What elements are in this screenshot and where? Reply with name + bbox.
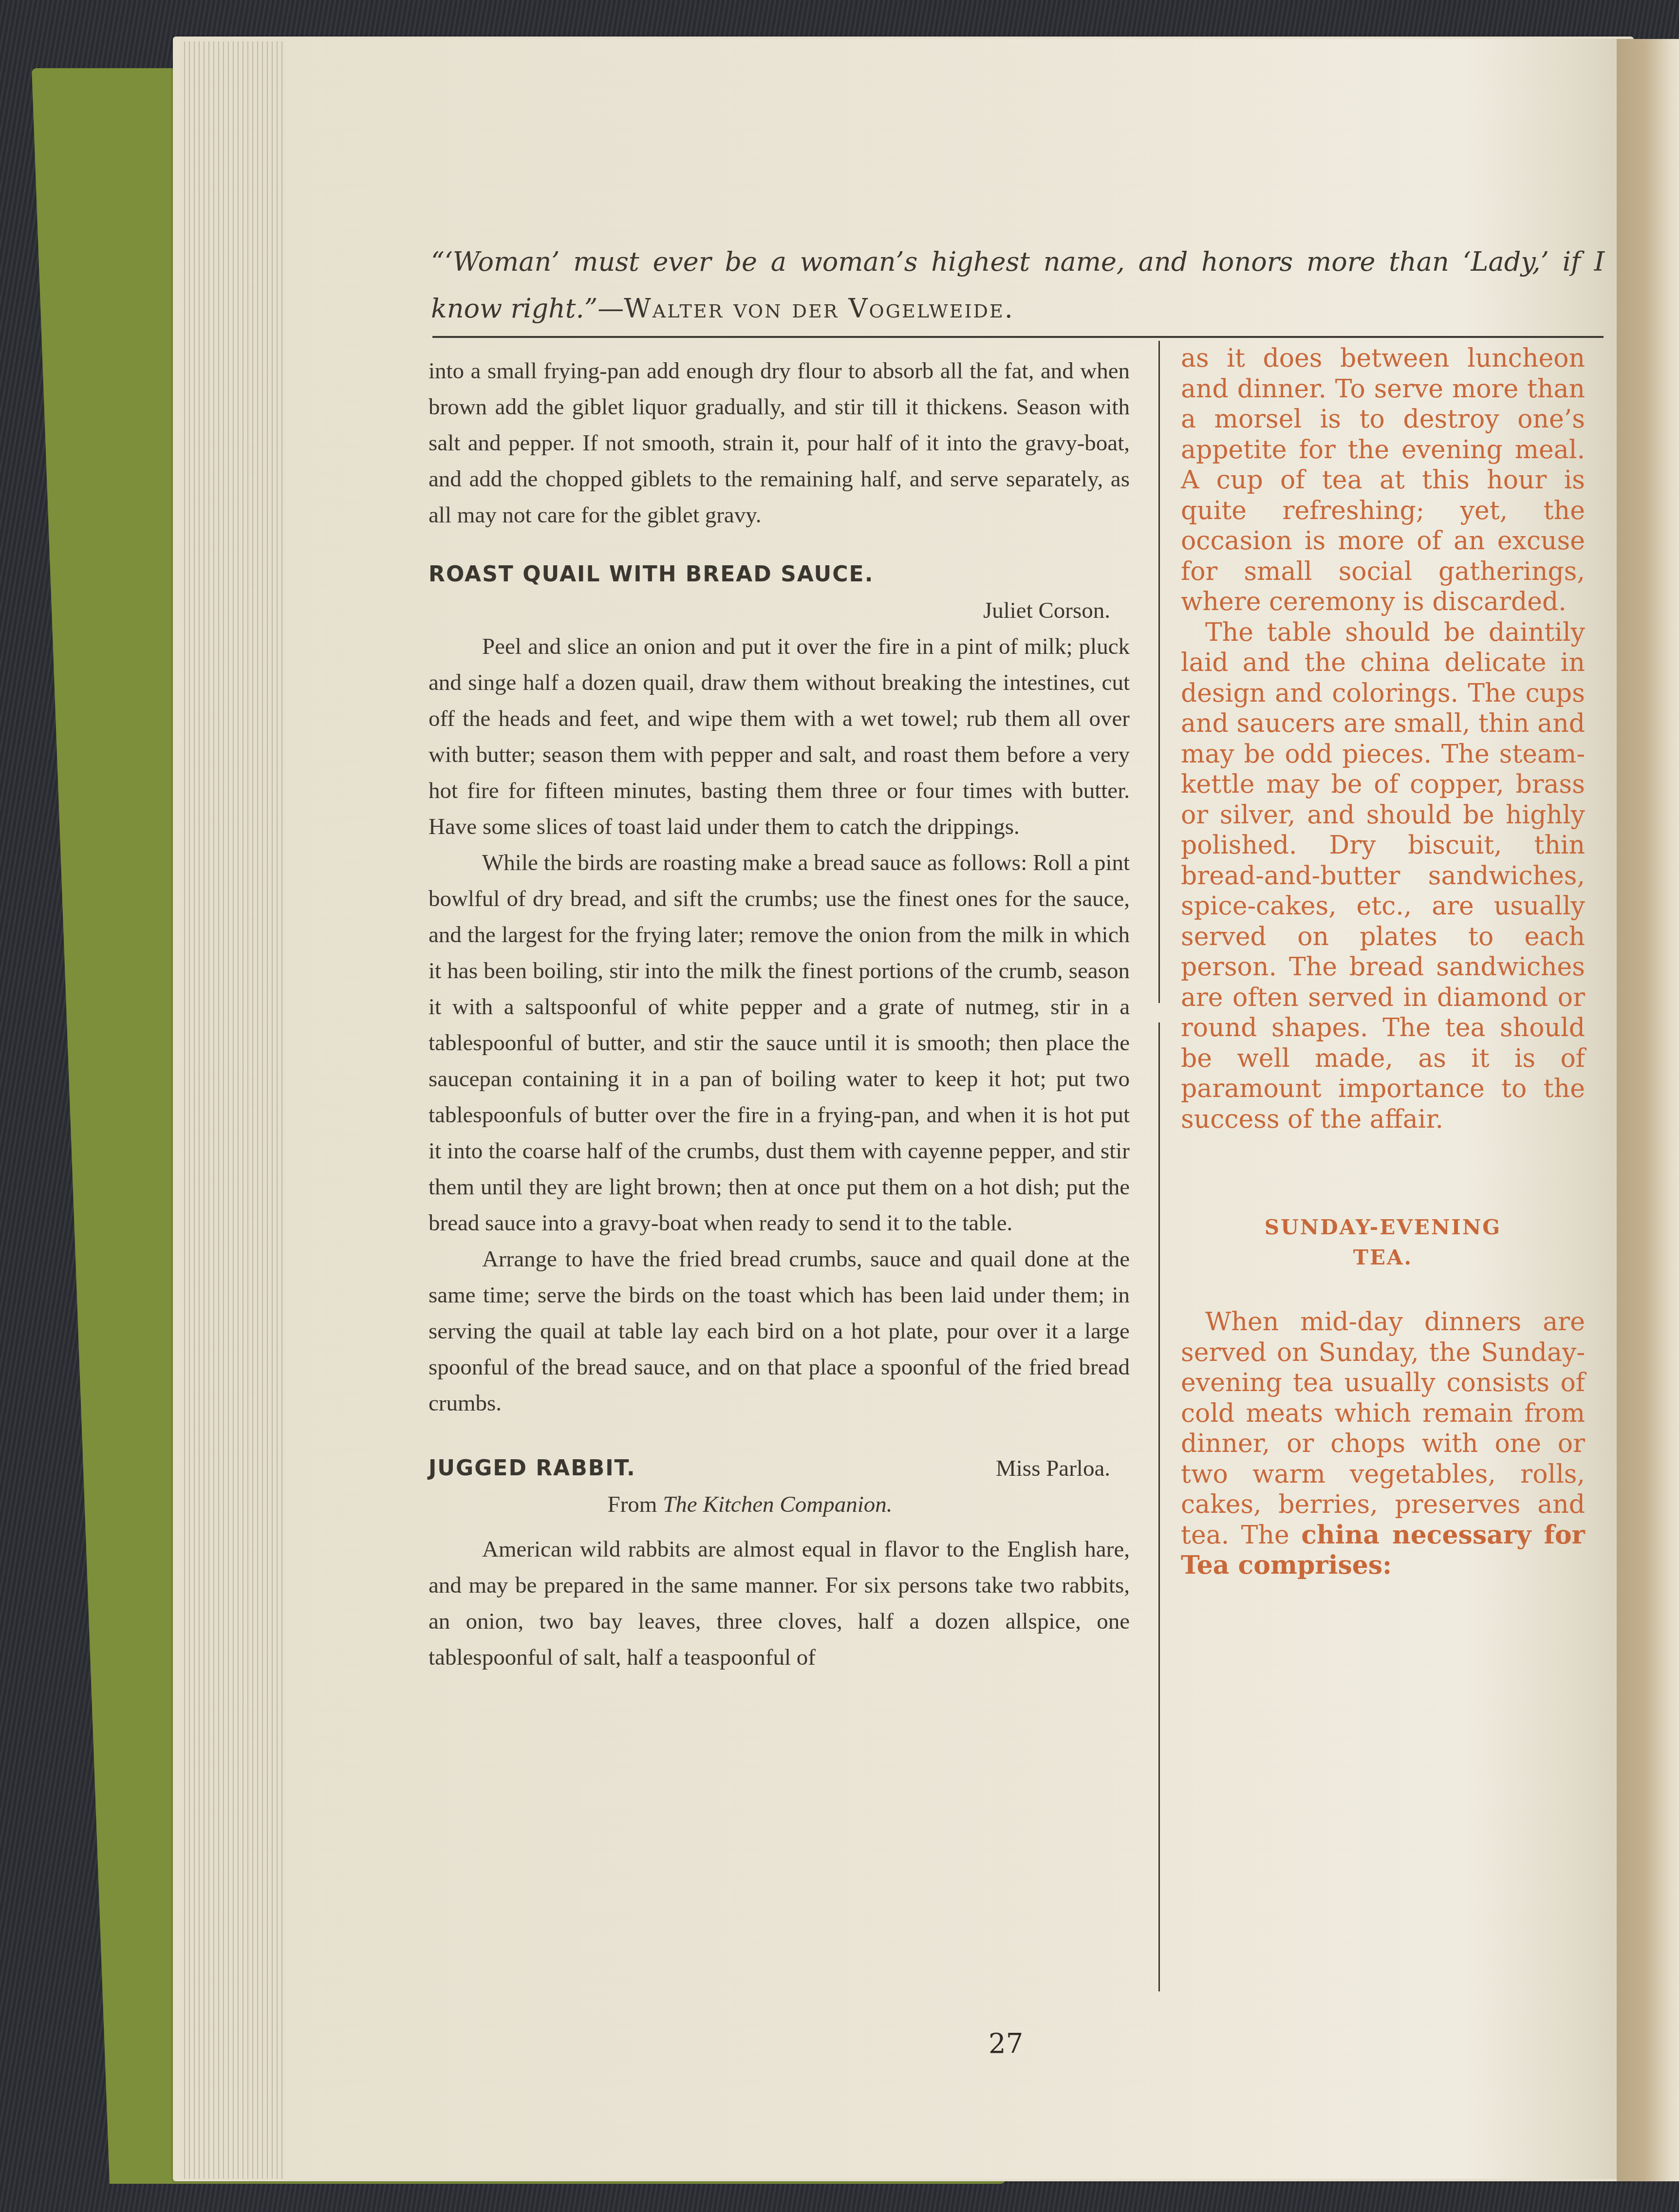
epigraph: “‘Woman’ must ever be a woman’s highest … (431, 239, 1604, 332)
section-title-line-1: SUNDAY-EVENING (1181, 1212, 1585, 1243)
page-number: 27 (989, 2028, 1023, 2060)
tea-paragraph-1: as it does between luncheon and dinner. … (1181, 343, 1585, 617)
recipe-source-title: The Kitchen Companion. (663, 1492, 892, 1517)
recipe-paragraph: While the birds are roasting make a brea… (429, 845, 1130, 1241)
recipe-source-prefix: From (608, 1492, 657, 1517)
recipe-title-roast-quail: ROAST QUAIL WITH BREAD SAUCE. (429, 557, 1130, 593)
page-edges (180, 41, 287, 2179)
tea-paragraph-2: The table should be daintily laid and th… (1181, 617, 1585, 1135)
recipe-source: From The Kitchen Companion. (429, 1487, 1130, 1523)
column-divider-lower (1158, 1022, 1160, 1991)
section-title-sunday-evening-tea: SUNDAY-EVENING TEA. (1181, 1212, 1585, 1273)
recipe-byline-roast-quail: Juliet Corson. (429, 593, 1130, 629)
tea-paragraph-3: When mid-day dinners are served on Sunda… (1181, 1307, 1585, 1581)
recipe-byline-jugged-rabbit: Miss Parloa. (996, 1450, 1130, 1487)
recipe-paragraph: Arrange to have the fried bread crumbs, … (429, 1241, 1130, 1421)
recipe-title-jugged-rabbit: JUGGED RABBIT. (429, 1450, 636, 1487)
tea-paragraph-3-text: When mid-day dinners are served on Sunda… (1181, 1307, 1585, 1550)
header-rule (432, 336, 1604, 338)
column-divider (1158, 341, 1160, 1003)
intro-paragraph: into a small frying-pan add enough dry f… (429, 353, 1130, 533)
epigraph-dash: — (597, 293, 624, 324)
epigraph-author: Walter von der Vogelweide. (624, 293, 1014, 324)
facing-page-edge (1617, 39, 1679, 2181)
recipe-header-jugged-rabbit: JUGGED RABBIT. Miss Parloa. (429, 1450, 1130, 1487)
left-column: into a small frying-pan add enough dry f… (429, 353, 1130, 1675)
section-title-line-2: TEA. (1181, 1243, 1585, 1273)
right-column: as it does between luncheon and dinner. … (1181, 343, 1585, 1581)
recipe-paragraph: Peel and slice an onion and put it over … (429, 629, 1130, 845)
recipe-paragraph: American wild rabbits are almost equal i… (429, 1531, 1130, 1675)
